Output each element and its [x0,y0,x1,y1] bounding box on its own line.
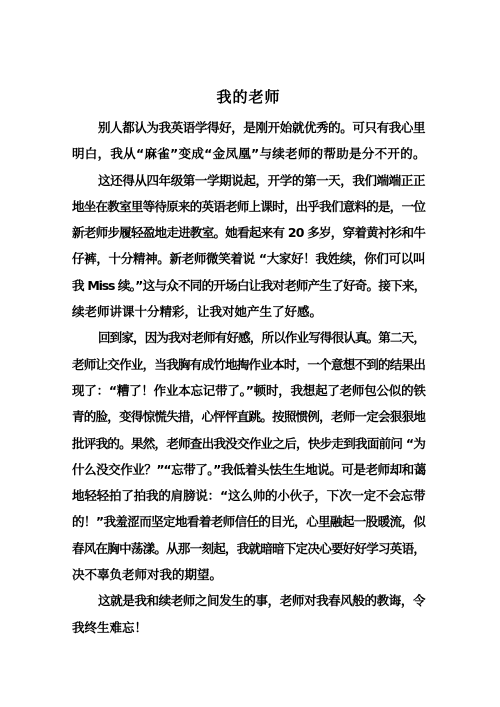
essay-title: 我的老师 [72,84,425,110]
paragraph-2: 这还得从四年级第一学期说起，开学的第一天，我们端端正正 地坐在教室里等待原来的英… [72,168,425,326]
essay-line: 我 Miss 续。”这与众不同的开场白让我对老师产生了好奇。接下来， [72,273,425,299]
essay-line: 决不辜负老师对我的期望。 [72,562,425,588]
essay-line: 地轻轻拍了拍我的肩膀说：“这么帅的小伙子，下次一定不会忘带 [72,483,425,509]
essay-line: 老师让交作业，当我胸有成竹地掏作业本时，一个意想不到的结果出 [72,352,425,378]
essay-line: 批评我的。果然，老师查出我没交作业之后，快步走到我面前问 “为 [72,431,425,457]
essay-line: 新老师步履轻盈地走进教室。她看起来有 20 多岁，穿着黄衬衫和牛 [72,220,425,246]
paragraph-4: 这就是我和续老师之间发生的事，老师对我春风般的教诲，令 我终生难忘！ [72,588,425,641]
essay-line: 春风在胸中荡漾。从那一刻起，我就暗暗下定决心要好好学习英语， [72,536,425,562]
essay-line: 明白，我从“麻雀”变成“金凤凰”与续老师的帮助是分不开的。 [72,141,425,167]
essay-line: 现了：“糟了！作业本忘记带了。”顿时，我想起了老师包公似的铁 [72,378,425,404]
essay-line: 续老师讲课十分精彩，让我对她产生了好感。 [72,299,425,325]
paragraph-1: 别人都认为我英语学得好，是刚开始就优秀的。可只有我心里 明白，我从“麻雀”变成“… [72,115,425,168]
essay-line: 回到家，因为我对老师有好感，所以作业写得很认真。第二天， [72,325,425,351]
essay-line: 这就是我和续老师之间发生的事，老师对我春风般的教诲，令 [72,588,425,614]
essay-line: 青的脸，变得惊慌失措，心怦怦直跳。按照惯例，老师一定会狠狠地 [72,404,425,430]
paragraph-3: 回到家，因为我对老师有好感，所以作业写得很认真。第二天， 老师让交作业，当我胸有… [72,325,425,588]
essay-line: 仔裤，十分精神。新老师微笑着说 “大家好！我姓续，你们可以叫 [72,246,425,272]
essay-line: 这还得从四年级第一学期说起，开学的第一天，我们端端正正 [72,168,425,194]
essay: 我的老师 别人都认为我英语学得好，是刚开始就优秀的。可只有我心里 明白，我从“麻… [72,84,425,641]
essay-line: 我终生难忘！ [72,615,425,641]
essay-line: 地坐在教室里等待原来的英语老师上课时，出乎我们意料的是，一位 [72,194,425,220]
essay-line: 什么没交作业？”“忘带了。”我低着头怯生生地说。可是老师却和蔼 [72,457,425,483]
essay-line: 别人都认为我英语学得好，是刚开始就优秀的。可只有我心里 [72,115,425,141]
document-page: 我的老师 别人都认为我英语学得好，是刚开始就优秀的。可只有我心里 明白，我从“麻… [0,0,500,707]
essay-line: 的！”我羞涩而坚定地看着老师信任的目光，心里融起一股暖流，似 [72,509,425,535]
